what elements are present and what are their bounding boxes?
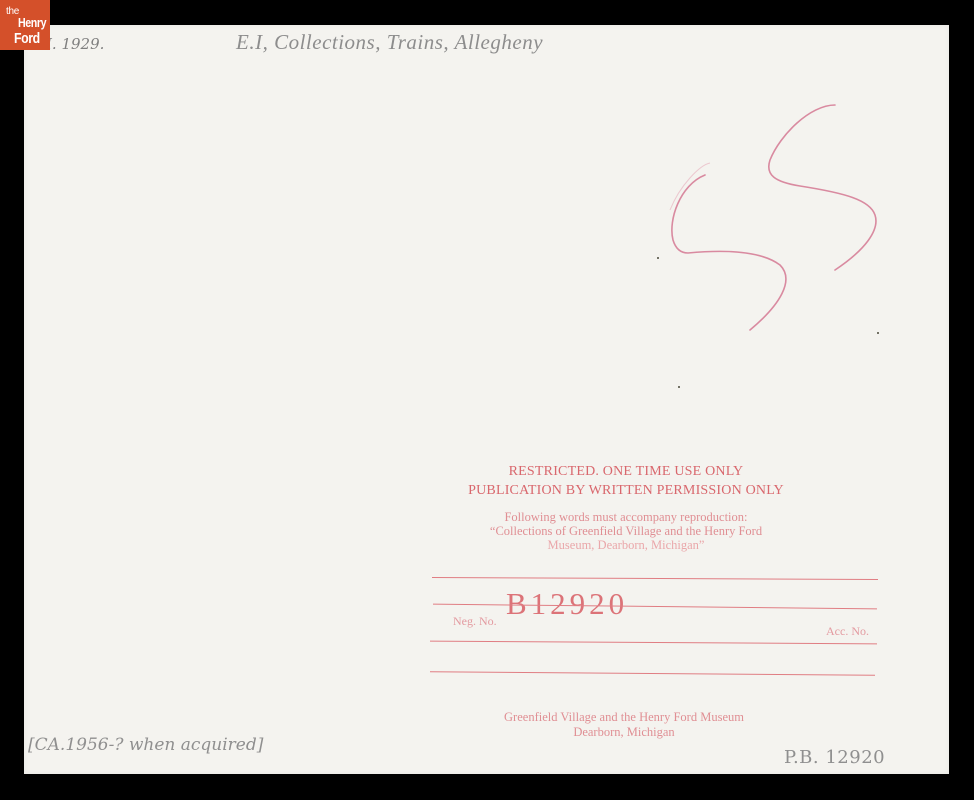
stamp-rule-1 [432, 577, 878, 580]
stamp-restriction-line-1: RESTRICTED. ONE TIME USE ONLY [396, 464, 856, 480]
stamp-rule-3 [430, 641, 877, 645]
stamp-restriction-line-2: PUBLICATION BY WRITTEN PERMISSION ONLY [396, 483, 856, 499]
handwritten-date: I. 1929. [46, 35, 104, 53]
logo-text-ford: Ford [14, 30, 40, 47]
stamp-rule-4 [430, 671, 875, 675]
stamp-footer-line-2: Dearborn, Michigan [394, 725, 854, 740]
stamp-credit-line-1: “Collections of Greenfield Village and t… [396, 524, 856, 539]
paper-speck [877, 332, 879, 334]
neg-no-label: Neg. No. [453, 614, 497, 629]
handwritten-subject: E.I, Collections, Trains, Allegheny [236, 30, 543, 55]
henry-ford-logo[interactable]: the Henry Ford [0, 0, 50, 50]
stamp-credit-intro: Following words must accompany reproduct… [396, 510, 856, 525]
acc-no-label: Acc. No. [826, 624, 869, 639]
logo-text-henry: Henry [18, 15, 46, 30]
paper-speck [657, 257, 659, 259]
stamp-rule-2 [433, 604, 877, 610]
handwritten-catalog-number: P.B. 12920 [784, 747, 885, 768]
photo-print-back: I. 1929. E.I, Collections, Trains, Alleg… [24, 25, 949, 774]
red-pencil-ss-mark-icon [640, 90, 900, 350]
stamp-footer-line-1: Greenfield Village and the Henry Ford Mu… [394, 710, 854, 725]
paper-speck [678, 386, 680, 388]
stamp-credit-line-2: Museum, Dearborn, Michigan” [396, 538, 856, 553]
handwritten-acquisition-note: [CA.1956-? when acquired] [28, 735, 263, 755]
